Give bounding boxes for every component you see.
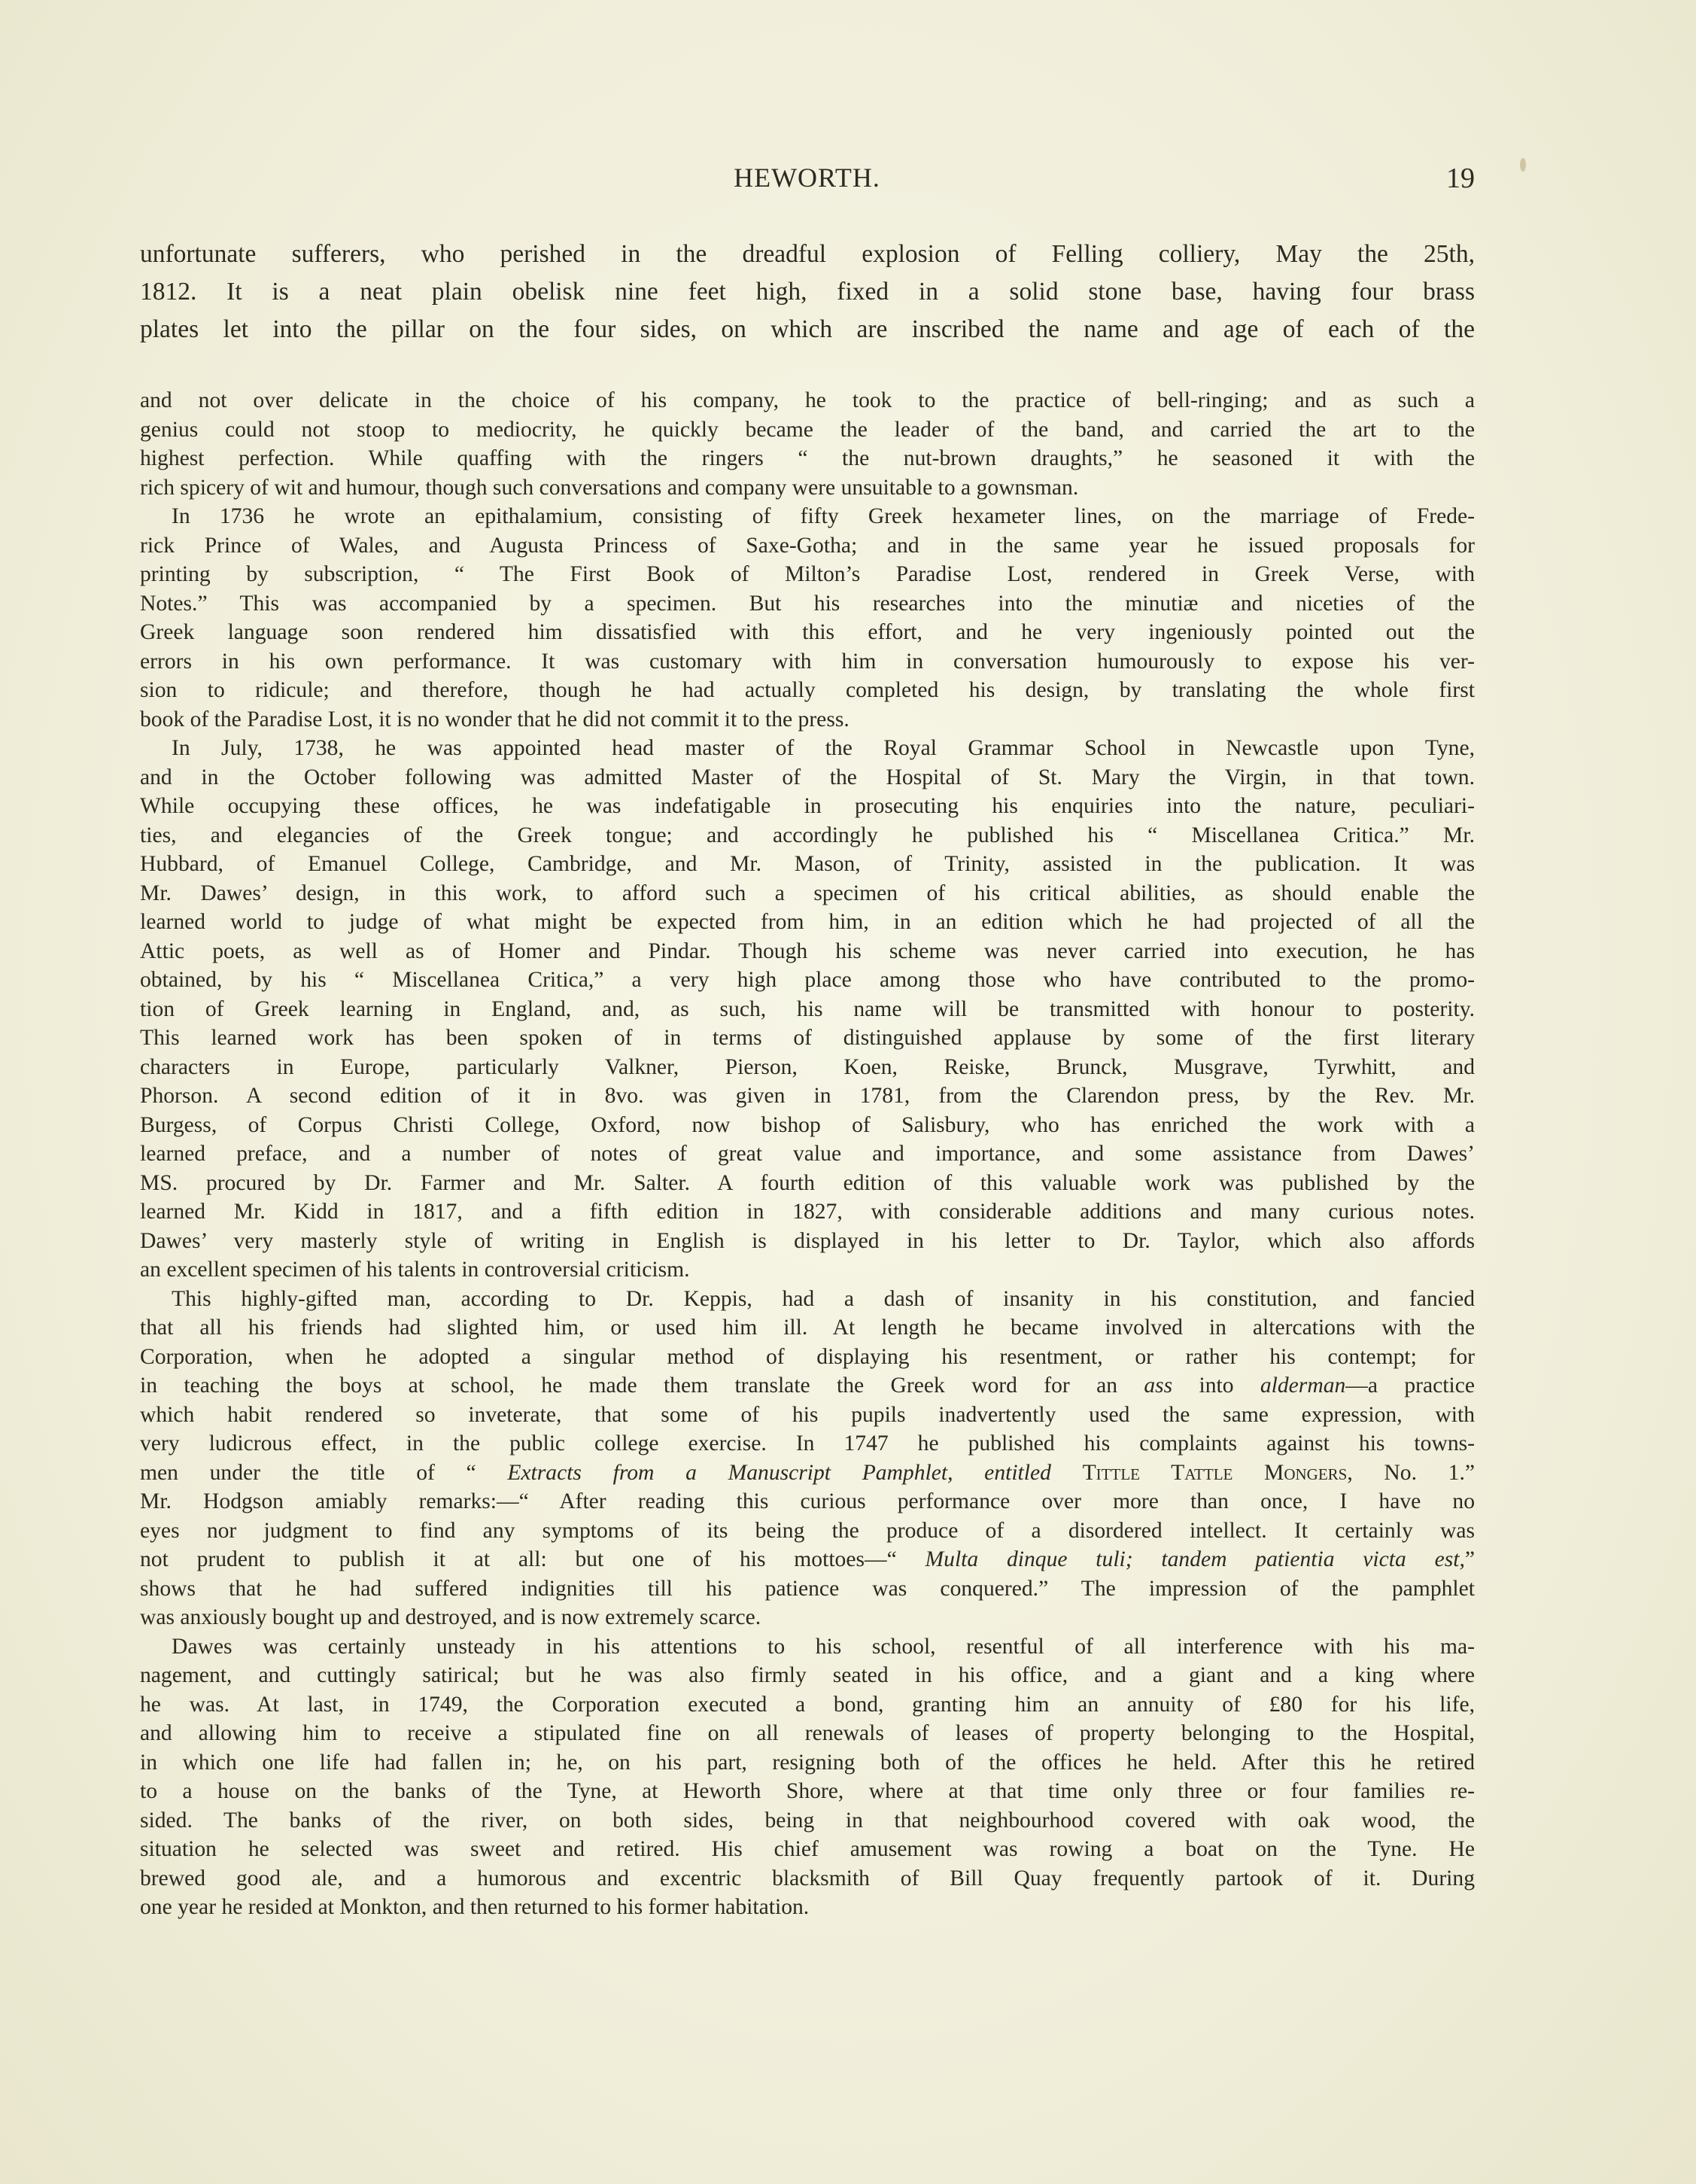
text-line: tion of Greek learning in England, and, …: [140, 995, 1475, 1024]
text-run: into: [1172, 1373, 1260, 1398]
text-line: sion to ridicule; and therefore, though …: [140, 676, 1475, 705]
text-line: eyes nor judgment to find any symptoms o…: [140, 1516, 1475, 1546]
text-line: obtained, by his “ Miscellanea Critica,”…: [140, 966, 1475, 995]
book-page: HEWORTH. 19 unfortunate sufferers, who p…: [0, 0, 1696, 2184]
text-line: highest perfection. While quaffing with …: [140, 444, 1475, 473]
text-run: men under the title of “: [140, 1461, 507, 1485]
text-line: genius could not stoop to mediocrity, he…: [140, 415, 1475, 445]
italic-text: Multa dinque tuli; tandem patientia vict…: [926, 1547, 1465, 1571]
italic-text: Extracts from a Manuscript Pamphlet, ent…: [507, 1461, 1051, 1485]
text-line: brewed good ale, and a humorous and exce…: [140, 1864, 1475, 1894]
text-line: not prudent to publish it at all: but on…: [140, 1545, 1475, 1574]
text-line: book of the Paradise Lost, it is no wond…: [140, 705, 1475, 735]
text-line: rick Prince of Wales, and Augusta Prince…: [140, 531, 1475, 561]
text-line: very ludicrous effect, in the public col…: [140, 1429, 1475, 1459]
intro-line: plates let into the pillar on the four s…: [140, 311, 1475, 348]
text-line: and not over delicate in the choice of h…: [140, 386, 1475, 415]
text-line: This highly-gifted man, according to Dr.…: [140, 1285, 1475, 1314]
text-line: he was. At last, in 1749, the Corporatio…: [140, 1690, 1475, 1720]
small-caps-text: Tittle Tattle Mongers: [1083, 1461, 1348, 1485]
italic-text: alderman: [1260, 1373, 1345, 1398]
text-line: Dawes was certainly unsteady in his atte…: [140, 1632, 1475, 1662]
text-line: Mr. Hodgson amiably remarks:—“ After rea…: [140, 1487, 1475, 1516]
text-line: Hubbard, of Emanuel College, Cambridge, …: [140, 850, 1475, 879]
text-run: in teaching the boys at school, he made …: [140, 1373, 1144, 1398]
text-line: that all his friends had slighted him, o…: [140, 1313, 1475, 1343]
intro-line: unfortunate sufferers, who perished in t…: [140, 236, 1475, 273]
text-line: sided. The banks of the river, on both s…: [140, 1806, 1475, 1836]
text-line: Phorson. A second edition of it in 8vo. …: [140, 1081, 1475, 1111]
text-line: learned world to judge of what might be …: [140, 908, 1475, 937]
text-line: In 1736 he wrote an epithalamium, consis…: [140, 502, 1475, 531]
text-run: not prudent to publish it at all: but on…: [140, 1547, 926, 1571]
text-line: printing by subscription, “ The First Bo…: [140, 560, 1475, 589]
text-run: [1051, 1461, 1083, 1485]
intro-line: 1812. It is a neat plain obelisk nine fe…: [140, 273, 1475, 311]
text-line: Mr. Dawes’ design, in this work, to affo…: [140, 879, 1475, 908]
text-line: MS. procured by Dr. Farmer and Mr. Salte…: [140, 1169, 1475, 1198]
text-line: Dawes’ very masterly style of writing in…: [140, 1227, 1475, 1256]
text-line: Corporation, when he adopted a singular …: [140, 1343, 1475, 1372]
text-line: errors in his own performance. It was cu…: [140, 647, 1475, 677]
text-line: rich spicery of wit and humour, though s…: [140, 473, 1475, 503]
text-line: shows that he had suffered indignities t…: [140, 1574, 1475, 1604]
page-number: 19: [1446, 162, 1475, 195]
text-line: Burgess, of Corpus Christi College, Oxfo…: [140, 1111, 1475, 1140]
text-run: ”: [1465, 1547, 1475, 1571]
text-line: learned Mr. Kidd in 1817, and a fifth ed…: [140, 1197, 1475, 1227]
text-line: was anxiously bought up and destroyed, a…: [140, 1603, 1475, 1632]
text-line: ties, and elegancies of the Greek tongue…: [140, 821, 1475, 850]
intro-paragraph: unfortunate sufferers, who perished in t…: [140, 236, 1475, 348]
text-line: Greek language soon rendered him dissati…: [140, 618, 1475, 647]
text-line: learned preface, and a number of notes o…: [140, 1139, 1475, 1169]
text-line: and in the October following was admitte…: [140, 763, 1475, 792]
text-line: and allowing him to receive a stipulated…: [140, 1719, 1475, 1748]
text-line: to a house on the banks of the Tyne, at …: [140, 1777, 1475, 1806]
text-line: an excellent specimen of his talents in …: [140, 1255, 1475, 1285]
text-line: situation he selected was sweet and reti…: [140, 1835, 1475, 1864]
body-text: and not over delicate in the choice of h…: [140, 386, 1475, 1922]
text-line: men under the title of “ Extracts from a…: [140, 1459, 1475, 1488]
text-line: which habit rendered so inveterate, that…: [140, 1401, 1475, 1430]
paper-blemish: [1520, 158, 1526, 172]
text-line: Notes.” This was accompanied by a specim…: [140, 589, 1475, 619]
text-line: one year he resided at Monkton, and then…: [140, 1893, 1475, 1922]
running-head: HEWORTH. 19: [139, 162, 1475, 199]
text-line: In July, 1738, he was appointed head mas…: [140, 734, 1475, 763]
text-run: , No. 1.”: [1347, 1461, 1475, 1485]
text-run: —a practice: [1345, 1373, 1475, 1398]
text-line: in which one life had fallen in; he, on …: [140, 1748, 1475, 1778]
text-line: Attic poets, as well as of Homer and Pin…: [140, 937, 1475, 966]
text-line: This learned work has been spoken of in …: [140, 1024, 1475, 1053]
text-line: in teaching the boys at school, he made …: [140, 1371, 1475, 1401]
italic-text: ass: [1144, 1373, 1172, 1398]
text-line: characters in Europe, particularly Valkn…: [140, 1053, 1475, 1082]
text-line: nagement, and cuttingly satirical; but h…: [140, 1661, 1475, 1690]
running-title: HEWORTH.: [139, 162, 1475, 193]
text-line: While occupying these offices, he was in…: [140, 792, 1475, 821]
